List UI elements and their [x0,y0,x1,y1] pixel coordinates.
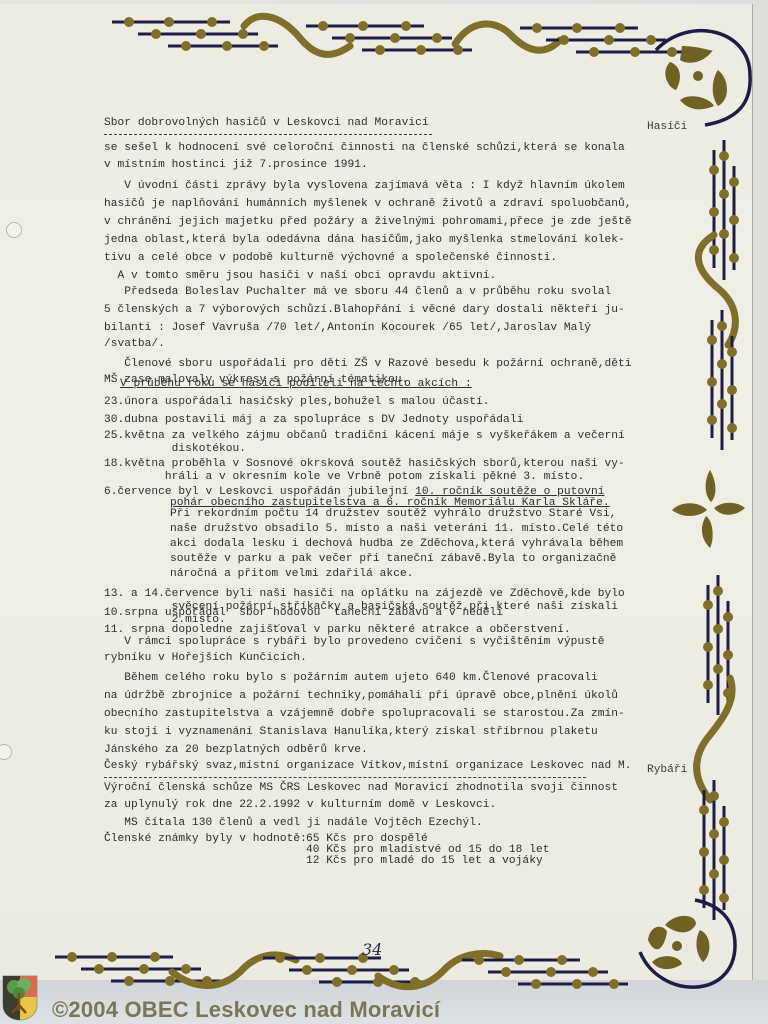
body-line: Členové sboru uspořádali pro děti ZŠ v R… [104,356,632,372]
page-number: 34 [362,940,382,959]
copyright-watermark: ©2004 OBEC Leskovec nad Moravicí [52,997,440,1023]
body-line: V úvodní části zprávy byla vyslovena zaj… [104,178,625,194]
heading-underline [104,777,586,778]
event-line: soutěže v parku a pak večer při taneční … [170,551,616,567]
section-heading-firefighters: Sbor dobrovolných hasičů v Leskovci nad … [104,115,429,131]
event-line: naše družstvo obsadilo 5. místo a naši v… [170,521,623,537]
event-line: 30.dubna postavili máj a za spolupráce s… [104,412,523,428]
body-line: obecního zastupitelstva a vzájemně dobře… [104,706,625,722]
event-line: diskotékou. [104,441,246,457]
body-line: bilanti : Josef Vavruša /70 let/,Antonín… [104,320,591,336]
body-line: Předseda Boleslav Puchalter má ve sboru … [104,284,611,300]
body-line: v místním hostinci již 7.prosince 1991. [104,157,368,173]
body-line: 5 členských a 7 výborových schůzí.Blahop… [104,302,625,318]
margin-label-firefighters: Hasiči [647,121,687,133]
event-line: 23.února uspořádali hasičský ples,bohuže… [104,394,490,410]
event-line: akci dodala lesku i dechová hudba ze Zdě… [170,536,623,552]
events-heading: V průběhu roku se hasiči podíleli na těc… [120,376,472,392]
body-line: Výroční členská schůze MS ČRS Leskovec n… [104,780,618,796]
body-line: V rámci spolupráce s rybáři bylo provede… [104,634,605,650]
body-line: na údržbě zbrojnice a požární techniky,p… [104,688,618,704]
body-line: se sešel k hodnocení své celoroční činno… [104,140,625,156]
body-line: v chránění jejich majetku před požáry a … [104,214,632,230]
body-line: jedna oblast,která byla odedávna dána ha… [104,232,625,248]
body-line: MS čítala 130 členů a vedl ji nadále Voj… [104,815,483,831]
body-line: rybníku v Hořejších Kunčicích. [104,650,307,666]
body-line: za uplynulý rok dne 22.2.1992 v kulturní… [104,797,496,813]
body-line: Během celého roku bylo s požárním autem … [104,670,598,686]
body-line: tivu a celé obce v podobě kulturně výcho… [104,250,557,266]
event-line: náročná a přitom velmi zdařilá akce. [170,566,414,582]
body-line: /svatba/. [104,336,165,352]
punch-hole [6,222,22,238]
section-heading-fishermen: Český rybářský svaz,místní organizace Ví… [104,758,632,774]
event-line: hráli a v okresním kole ve Vrbně potom z… [104,469,584,485]
coat-of-arms-icon [2,975,38,1021]
fees-label: Členské známky byly v hodnotě: [104,831,307,847]
body-line: A v tomto směru jsou hasiči v naší obci … [104,268,496,284]
event-line: Při rekordním počtu 14 družstev soutěž v… [170,506,616,522]
body-line: Jánského za 20 bezplatných odběrů krve. [104,742,368,758]
event-line: 10.srpna uspořádal sbor hodovou taneční … [104,605,503,621]
heading-underline [104,134,432,135]
body-line: ku stojí i vyznamenání Stanislava Hanulí… [104,724,598,740]
margin-label-fishermen: Rybáři [647,764,687,776]
fee-line: 12 Kčs pro mladé do 15 let a vojáky [306,853,543,869]
body-line: hasičů je naplňování humánních myšlenek … [104,196,632,212]
